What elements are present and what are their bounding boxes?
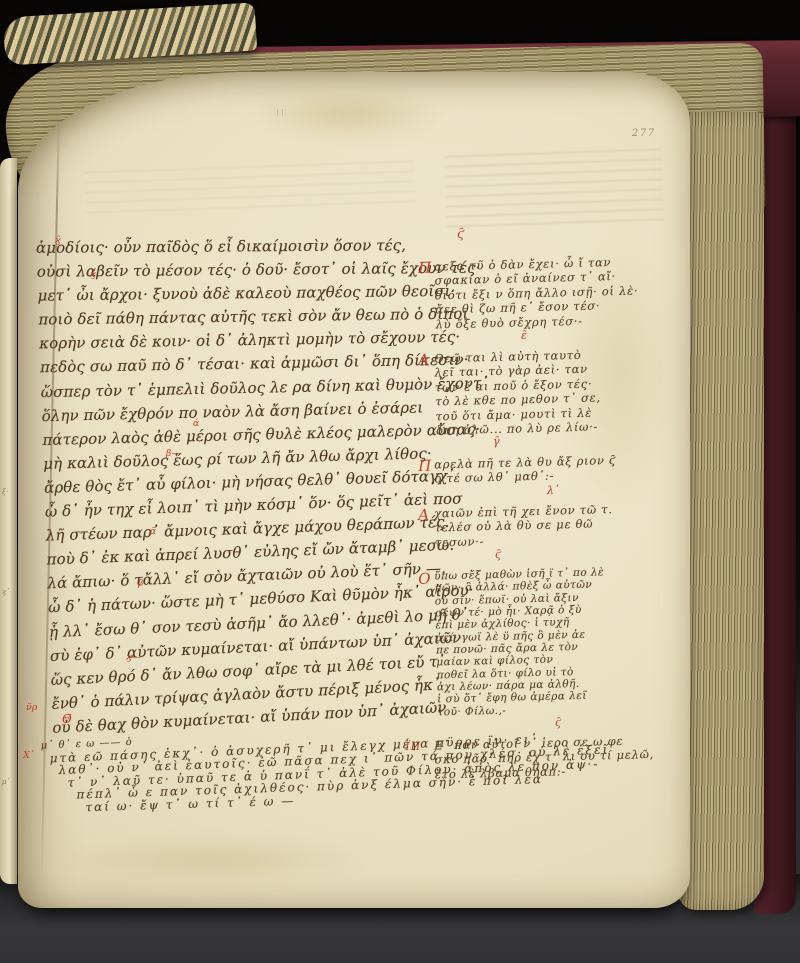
scholion-paragraph: Οὕπω σἔξ μαθὼν ἰσῆ ϊ τ᾽ πο λὲμῶν· ὃ ἀλλά… xyxy=(421,565,661,719)
pencil-mark: ΙΙ xyxy=(276,108,286,119)
rubric-reference-mark: β— xyxy=(166,449,180,459)
rubric-reference-mark: β xyxy=(138,579,143,589)
verso-ink-showthrough xyxy=(84,152,416,221)
scholion-initial-letter: Ο xyxy=(418,569,431,587)
verso-ink-showthrough xyxy=(444,148,665,236)
folio-number: 277 xyxy=(632,128,656,139)
manuscript-photo: ξ· ϗ᾽ μ᾽ 277 ΙΙ ἁμοδίοις· οὖν παῖδὸς ὅ ε… xyxy=(0,0,800,963)
facing-page-text-trace: ϗ᾽ xyxy=(2,588,10,596)
facing-page-sliver: ξ· ϗ᾽ μ᾽ xyxy=(0,158,17,884)
main-text-block: ἁμοδίοις· οὖν παῖδὸς ὅ εἶ δικαίμοισὶν ὅσ… xyxy=(36,236,434,721)
scholion-initial-letter: Α xyxy=(418,506,429,524)
scholion-separator-mark: λ᾽ xyxy=(421,484,657,499)
facing-page-text-trace: ξ· xyxy=(2,488,8,496)
parchment-stain xyxy=(58,838,368,882)
scholion-paragraph: Παεξα τῦ ὁ δὰν ἔχει· ὦ ἴ τανσφακίαν ὁ εῖ… xyxy=(421,254,659,332)
scholion-separator-mark: ϛ̑ xyxy=(421,548,657,563)
scholion-head-mark: ϛ̑ xyxy=(421,227,657,252)
scholion-paragraph: Αχαιῶν ἐπὶ τῆ χει ἔνον τῶ τ.τελέσ οὐ λὰ … xyxy=(421,501,658,550)
rubric-reference-mark: ᾱ xyxy=(150,527,156,537)
scholion-separator-mark: γ̑ xyxy=(421,435,657,450)
left-margin-rubric-mark: ν̈ρ xyxy=(26,702,37,713)
right-scholia-column: ϛ̑Παεξα τῦ ὁ δὰν ἔχει· ὦ ἴ τανσφακίαν ὁ … xyxy=(421,227,657,779)
bottom-scholion: μ᾽ θ᾽ ε ω —— ὁμτὰ εῶ πάσης ἐκχ᾽· ὁ ἀσυχε… xyxy=(40,714,652,796)
scholion-initial-letter: Α xyxy=(418,351,429,369)
left-margin-rubric-mark: Χ᾽ xyxy=(23,750,35,761)
scholion-initial-letter: Π xyxy=(418,259,432,277)
text-line: ἁμοδίοις· οὖν παῖδὸς ὅ εἶ δικαίμοισὶν ὅσ… xyxy=(36,236,434,262)
rubric-reference-mark: ϗ— xyxy=(126,653,141,663)
scholion-paragraph: Παρελὰ πῆ τε λὰ θυ ἄξ ριον ϛ̑ὁ τέ σω λθ᾽… xyxy=(421,452,658,487)
rubric-reference-mark: ϗ̑ xyxy=(55,236,61,246)
facing-page-text-trace: μ᾽ xyxy=(2,778,10,786)
scholion-paragraph: ΑΘεῷ ται λὶ αὐτὴ ταυτὸλεῖ ται· τὸ γὰρ ἀε… xyxy=(421,346,659,438)
rubric-reference-mark: ά xyxy=(193,419,199,429)
rubric-reference-mark: ϗ̈ xyxy=(90,270,96,280)
scholion-separator-mark: ε̑ xyxy=(421,329,657,344)
scholion-initial-letter: Π xyxy=(418,457,432,475)
